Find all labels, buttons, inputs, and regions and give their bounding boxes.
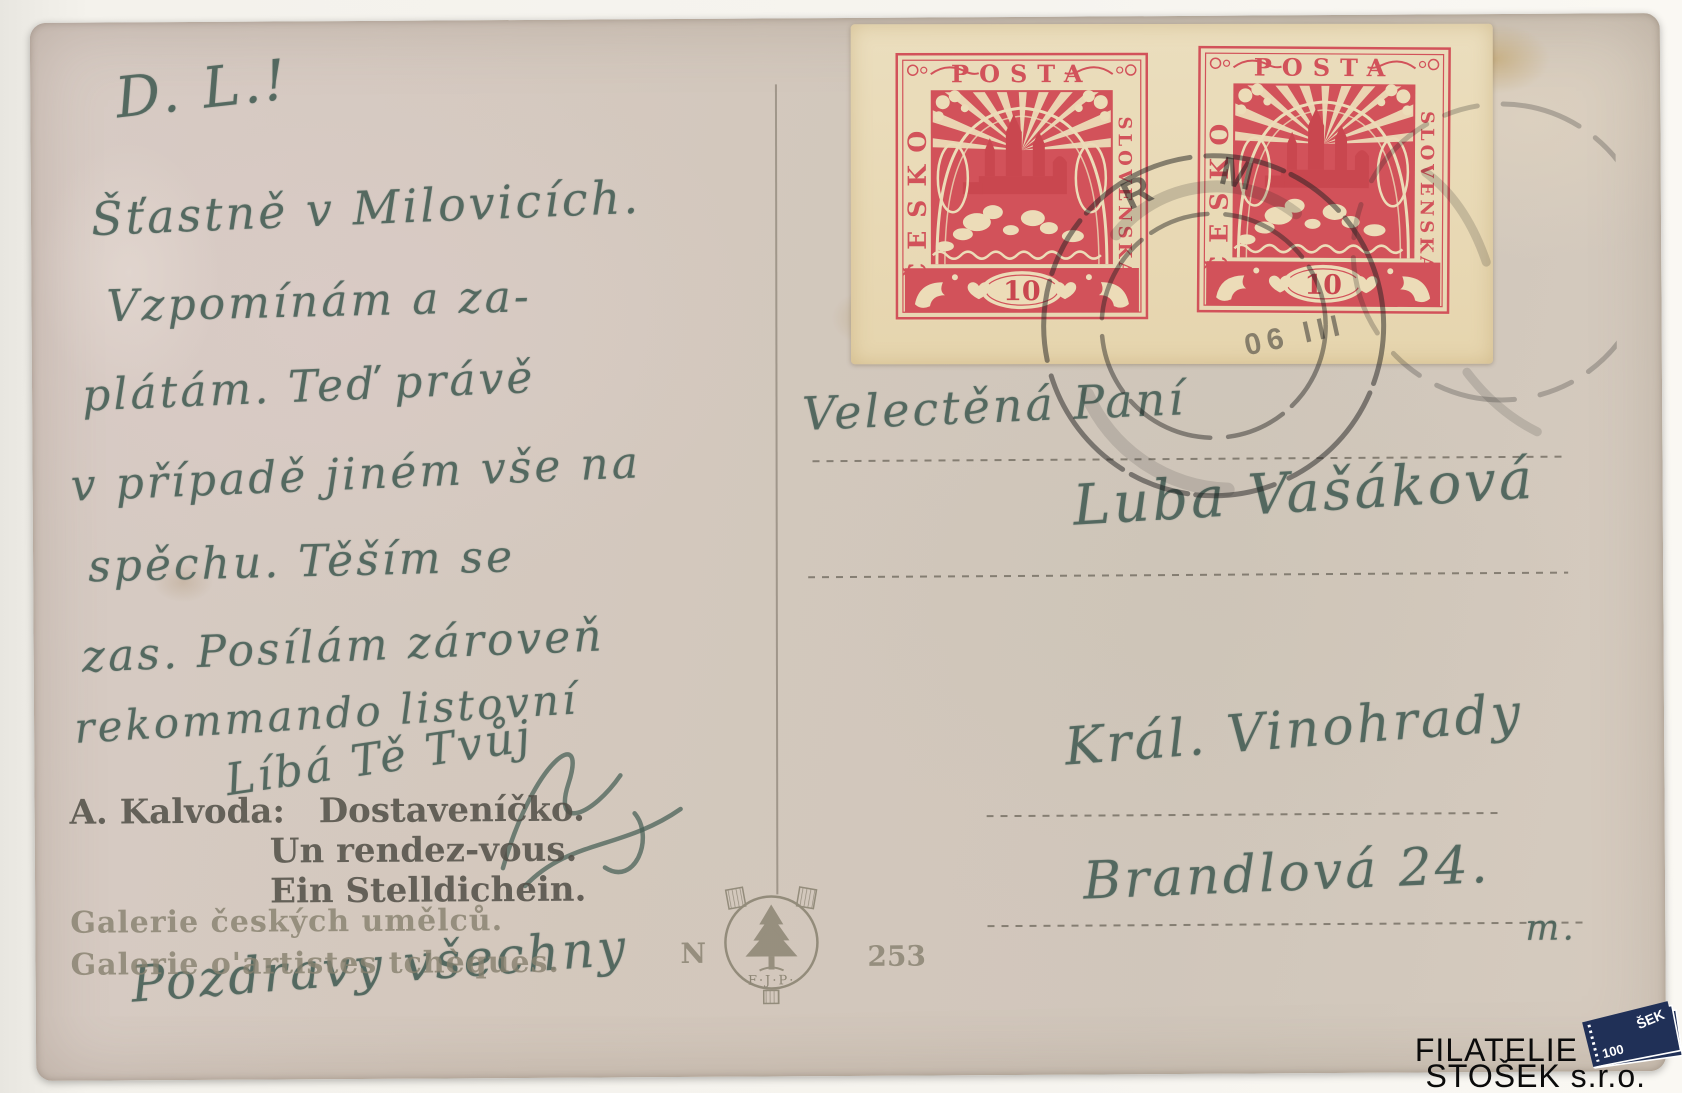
divider-line [775, 84, 778, 894]
handwriting-line: plátám. Teď právě [81, 352, 536, 422]
postcard-photo: POSTA ČESKO SLOVENSKA [0, 0, 1682, 1093]
publisher-logo: F·J·P· [709, 878, 834, 1019]
handwriting-line: spěchu. Těším se [88, 531, 516, 592]
postmark-arc-text: R M [1114, 148, 1283, 219]
printed-artist-title: A. Kalvoda: Dostaveníčko. [69, 790, 585, 833]
printed-title-czech: Dostaveníčko. [319, 790, 585, 832]
handwriting-line: Vzpomínám a za- [106, 271, 532, 332]
svg-text:R M: R M [1114, 148, 1283, 219]
pine-tree-icon [745, 904, 797, 970]
address-note: m. [1525, 908, 1577, 949]
series-prefix: N [680, 937, 706, 970]
series-number: 253 [867, 940, 926, 973]
logo-monogram: F·J·P· [748, 973, 795, 988]
handwriting-line: zas. Posílám zároveň [81, 610, 606, 682]
printed-title-french: Un rendez-vous. [270, 830, 578, 872]
address-city: Král. Vinohrady [1063, 683, 1526, 778]
stain-spot [39, 142, 221, 403]
address-rule-3 [987, 812, 1502, 817]
postcard-back: POSTA ČESKO SLOVENSKA [30, 13, 1666, 1081]
address-rule-2 [808, 572, 1568, 579]
postmark: R M 06 III [995, 91, 1618, 545]
printed-publisher-french: Galerie o'artistes tchèques. [70, 945, 560, 983]
handwriting-line: v případě jiném vše na [70, 437, 642, 511]
address-rule-4 [987, 921, 1587, 927]
printed-publisher-czech: Galerie českých umělců. [70, 903, 503, 941]
postmark-date: 06 III [1241, 308, 1348, 362]
handwriting-greeting: D. L.! [112, 48, 292, 132]
handwriting-line: Šťastně v Milovicích. [90, 170, 642, 247]
address-street: Brandlová 24. [1082, 835, 1492, 912]
printed-artist-label: A. Kalvoda: [69, 791, 285, 832]
